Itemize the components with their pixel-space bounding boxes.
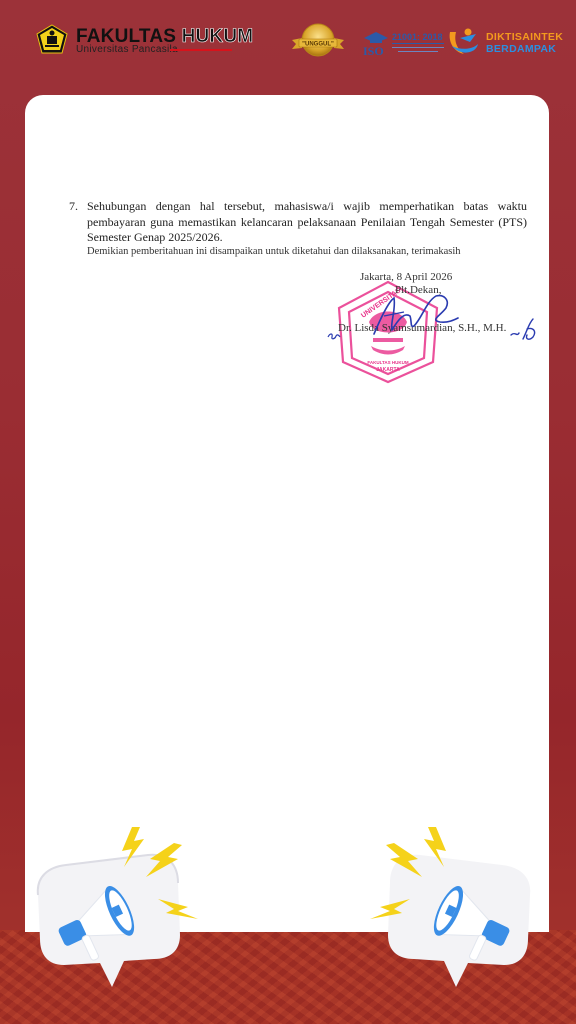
item-text: Sehubungan dengan hal tersebut, mahasisw… — [87, 199, 527, 246]
svg-text:ISO: ISO — [363, 44, 384, 58]
item-number: 7. — [69, 199, 78, 215]
paraf-initials-left-icon — [327, 331, 341, 341]
diktisaintek-text: DIKTISAINTEK BERDAMPAK — [486, 31, 563, 55]
unggul-badge-icon: "UNGGUL" — [290, 22, 346, 60]
signature-place-date: Jakarta, 8 April 2026 — [360, 271, 452, 283]
megaphone-announcement-icon — [28, 825, 198, 990]
svg-text:JAKARTA: JAKARTA — [376, 367, 400, 373]
handwritten-signature-icon — [370, 290, 460, 340]
closing-statement: Demikian pemberitahuan ini disampaikan u… — [87, 246, 461, 257]
header-bar: FAKULTAS HUKUM Universitas Pancasila "UN… — [0, 0, 576, 90]
megaphone-announcement-icon — [370, 825, 540, 990]
dikti-line2: BERDAMPAK — [486, 43, 563, 55]
list-item: 7. Sehubungan dengan hal tersebut, mahas… — [69, 199, 527, 246]
faculty-emblem-icon — [36, 24, 68, 54]
paraf-initials-icon — [509, 317, 539, 343]
dikti-line1: DIKTISAINTEK — [486, 31, 563, 43]
faculty-title-part2: HUKUM — [182, 26, 254, 47]
iso-certification-icon: ISO 21001: 2018 — [362, 28, 446, 58]
svg-text:"UNGGUL": "UNGGUL" — [302, 42, 334, 48]
diktisaintek-logo-icon — [446, 26, 480, 58]
university-name: Universitas Pancasila — [76, 44, 178, 55]
announcement-card: 7. Sehubungan dengan hal tersebut, mahas… — [25, 95, 549, 932]
svg-text:21001: 2018: 21001: 2018 — [392, 32, 443, 42]
document-page: 7. Sehubungan dengan hal tersebut, mahas… — [25, 95, 549, 932]
accent-line — [170, 49, 232, 51]
svg-text:FAKULTAS HUKUM: FAKULTAS HUKUM — [367, 360, 409, 365]
